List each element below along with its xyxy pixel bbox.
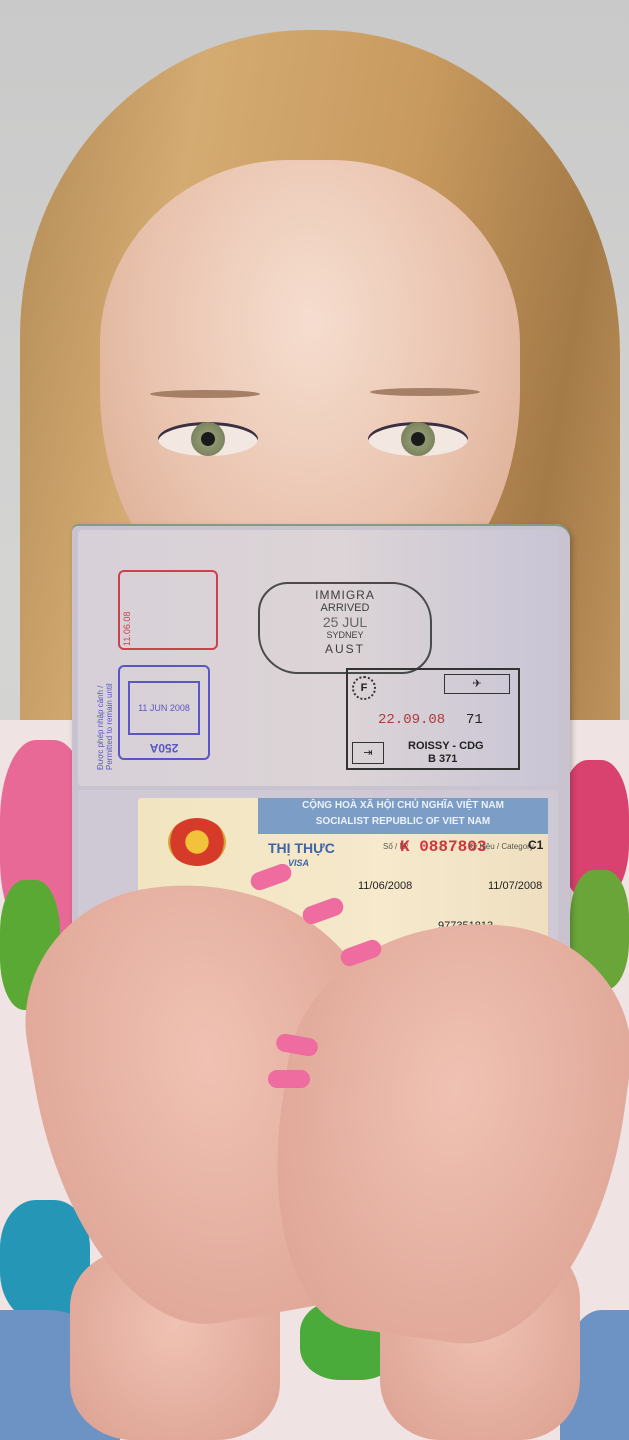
au-immigration: IMMIGRA [260, 588, 430, 602]
fr-gate: B 371 [428, 753, 457, 765]
left-eye [158, 422, 258, 456]
red-stamp-date: 11.06.08 [122, 612, 132, 646]
au-date: 25 JUL [260, 614, 430, 630]
visa-category-label: Ký hiệu / Category [468, 842, 534, 851]
fr-date: 22.09.08 [378, 712, 445, 728]
au-place: SYDNEY [260, 630, 430, 640]
visa-valid-until: 11/07/2008 [488, 880, 542, 892]
visa-title: THỊ THỰC [268, 840, 335, 856]
france-entry-stamp: F ✈ 22.09.08 71 ⇥ ROISSY - CDG B 371 [346, 668, 520, 770]
au-country: AUST [260, 642, 430, 656]
visa-header-en: SOCIALIST REPUBLIC OF VIET NAM [258, 814, 548, 830]
vietnam-emblem-icon [168, 818, 226, 866]
right-eye [368, 422, 468, 456]
fingernail [268, 1070, 310, 1088]
red-exit-stamp: 11.06.08 [118, 570, 218, 650]
australia-arrival-stamp: IMMIGRA ARRIVED 25 JUL SYDNEY AUST [258, 582, 432, 674]
right-eyebrow [370, 388, 480, 396]
fr-number: 71 [466, 712, 483, 728]
visa-header: CỘNG HOÀ XÃ HỘI CHỦ NGHĨA VIỆT NAM SOCIA… [258, 798, 548, 834]
blue-stamp-date-box: 11 JUN 2008 [128, 681, 200, 735]
right-iris [401, 422, 435, 456]
plane-icon: ✈ [444, 674, 510, 694]
visa-valid-from: 11/06/2008 [358, 880, 412, 892]
au-arrived: ARRIVED [260, 602, 430, 614]
left-iris [191, 422, 225, 456]
visa-header-vi: CỘNG HOÀ XÃ HỘI CHỦ NGHĨA VIỆT NAM [258, 798, 548, 814]
passport-page-stamps: 11.06.08 11 JUN 2008 250A Được phép nhập… [78, 530, 558, 786]
visa-category: C1 [528, 838, 543, 852]
blue-entry-stamp: 11 JUN 2008 250A [118, 665, 210, 760]
eu-stars-icon: F [352, 676, 376, 700]
blue-stamp-code: 250A [120, 741, 208, 755]
fr-place: ROISSY - CDG [408, 740, 484, 752]
left-eyebrow [150, 390, 260, 398]
permitted-note: Được phép nhập cảnh / Permitted to remai… [96, 650, 116, 770]
blue-stamp-date: 11 JUN 2008 [138, 703, 190, 713]
entry-arrow-icon: ⇥ [352, 742, 384, 764]
visa-subtitle: VISA [288, 858, 309, 868]
